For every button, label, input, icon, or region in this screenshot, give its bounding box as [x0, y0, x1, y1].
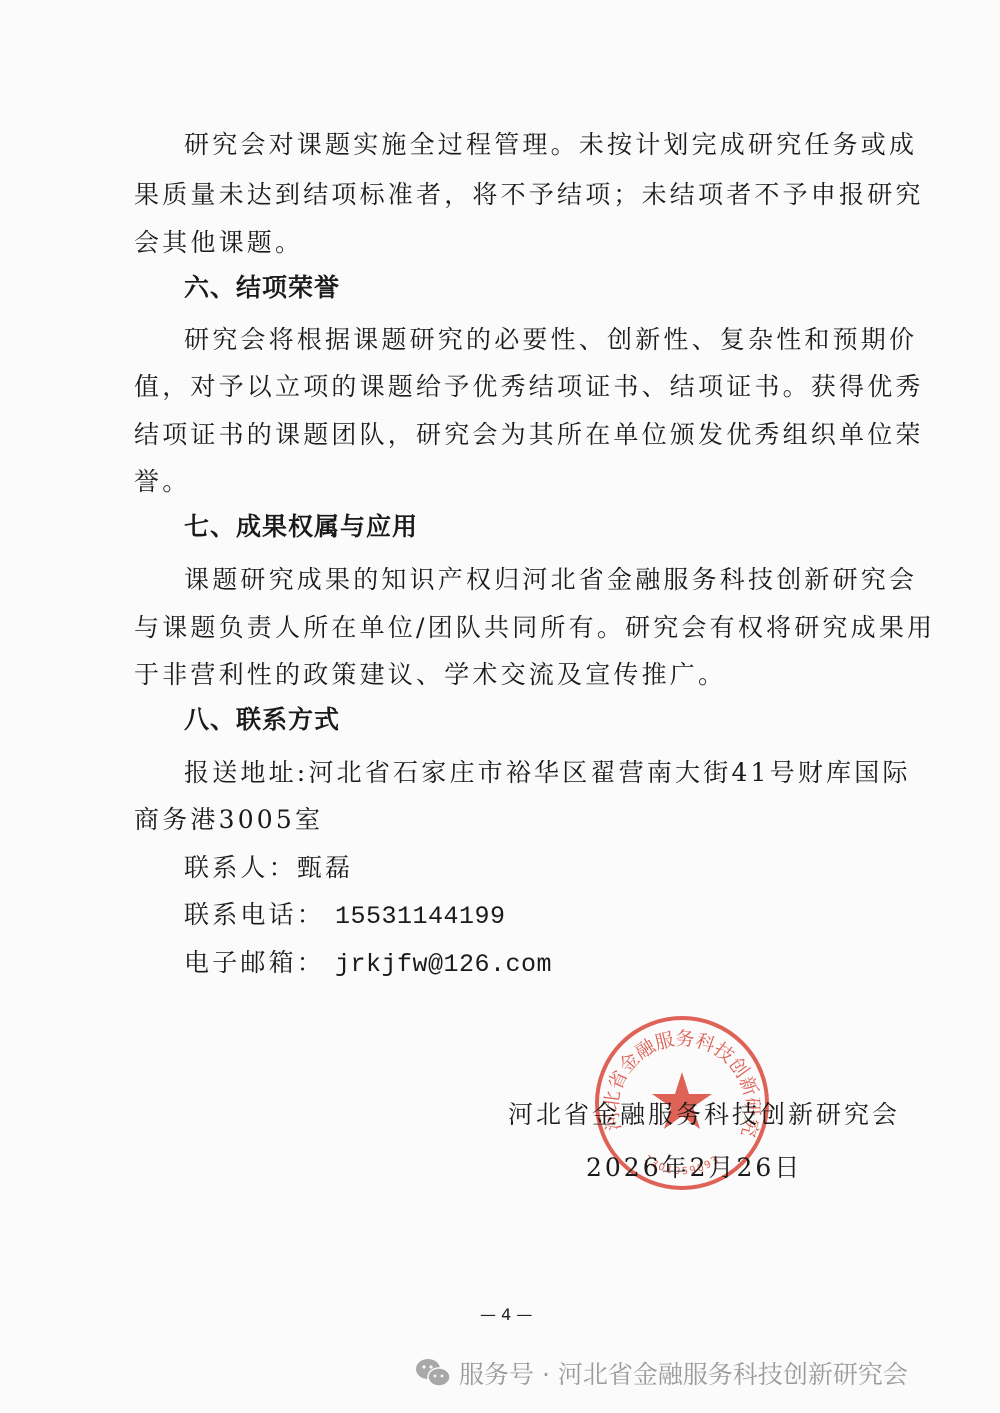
contact-phone: 联系电话：15531144199 [184, 900, 506, 932]
contact-person: 联系人：甄磊 [184, 853, 353, 883]
paragraph-line: 课题研究成果的知识产权归河北省金融服务科技创新研究会 [184, 565, 917, 595]
paragraph-line: 会其他课题。 [134, 228, 303, 258]
wechat-watermark: 服务号 · 河北省金融服务科技创新研究会 [415, 1355, 908, 1391]
address-continuation: 商务港3005室 [134, 805, 323, 835]
paragraph-line: 与课题负责人所在单位/团队共同所有。研究会有权将研究成果用 [134, 613, 935, 643]
section-heading: 八、联系方式 [184, 705, 340, 735]
watermark-text: 服务号 · 河北省金融服务科技创新研究会 [459, 1355, 908, 1391]
contact-email: 电子邮箱：jrkjfw@126.com [184, 948, 552, 980]
paragraph-line: 果质量未达到结项标准者，将不予结项；未结项者不予申报研究 [134, 180, 924, 210]
signature-date: 2026年2月26日 [586, 1148, 802, 1184]
signature-organization: 河北省金融服务科技创新研究会 [508, 1095, 900, 1131]
paragraph-line: 誉。 [134, 467, 190, 497]
phone-label: 联系电话： [184, 900, 325, 929]
section-heading: 六、结项荣誉 [184, 273, 340, 303]
paragraph-line: 研究会将根据课题研究的必要性、创新性、复杂性和预期价 [184, 325, 917, 355]
page-number: — 4 — [480, 1305, 532, 1324]
paragraph-line: 研究会对课题实施全过程管理。未按计划完成研究任务或成 [184, 130, 917, 160]
paragraph-line: 于非营利性的政策建议、学术交流及宣传推广。 [134, 660, 726, 690]
document-page: 研究会对课题实施全过程管理。未按计划完成研究任务或成 果质量未达到结项标准者，将… [0, 0, 1000, 1413]
person-value: 甄磊 [297, 853, 353, 882]
paragraph-line: 结项证书的课题团队，研究会为其所在单位颁发优秀组织单位荣 [134, 420, 924, 450]
phone-value: 15531144199 [335, 902, 506, 931]
address-value: 河北省石家庄市裕华区翟营南大街41号财库国际 [308, 758, 910, 787]
person-label: 联系人： [184, 853, 297, 882]
email-label: 电子邮箱： [184, 948, 325, 977]
wechat-icon [415, 1357, 451, 1389]
email-value: jrkjfw@126.com [335, 950, 552, 979]
contact-address: 报送地址:河北省石家庄市裕华区翟营南大街41号财库国际 [184, 758, 911, 788]
address-label: 报送地址: [184, 758, 308, 787]
section-heading: 七、成果权属与应用 [184, 512, 418, 542]
paragraph-line: 值，对予以立项的课题给予优秀结项证书、结项证书。获得优秀 [134, 372, 924, 402]
